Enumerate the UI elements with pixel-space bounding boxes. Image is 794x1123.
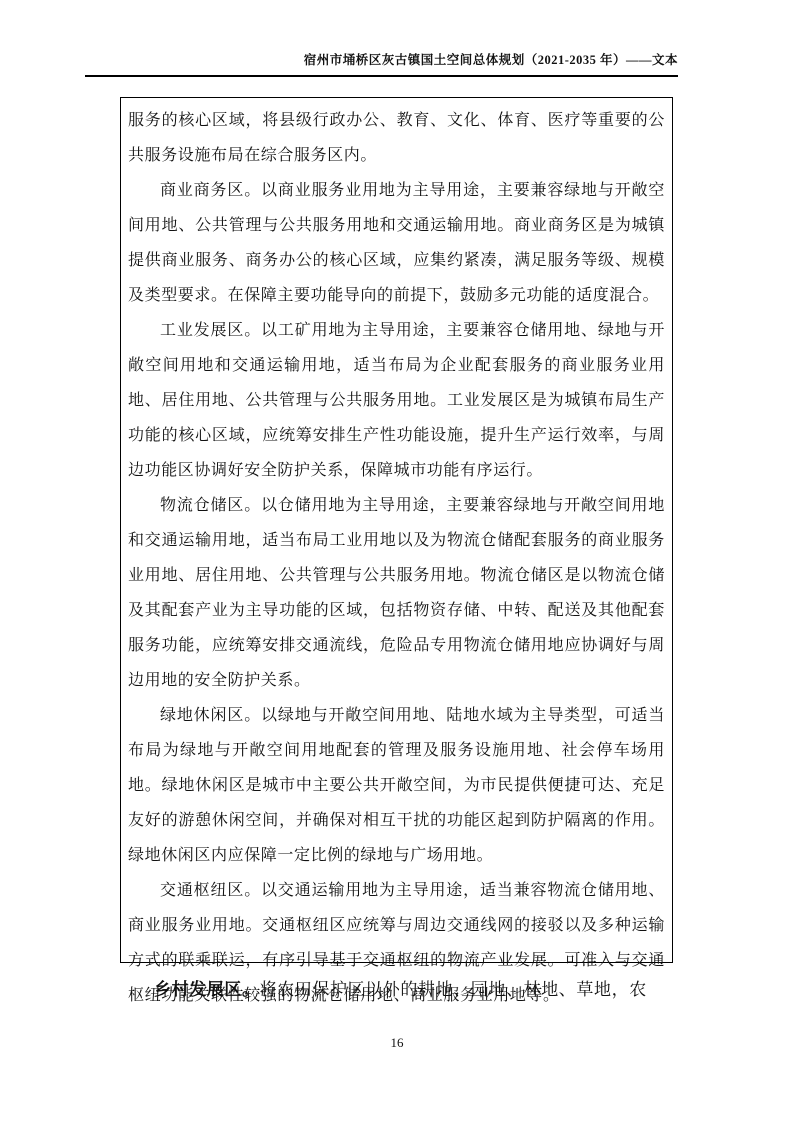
paragraph-logistics-storage-zone: 物流仓储区。以仓储用地为主导用途，主要兼容绿地与开敞空间用地和交通运输用地，适当… — [128, 488, 665, 698]
rural-zone-lead: 乡村发展区。 — [154, 980, 260, 999]
paragraph-green-leisure-zone: 绿地休闲区。以绿地与开敞空间用地、陆地水域为主导类型，可适当布局为绿地与开敞空间… — [128, 698, 665, 873]
document-page: { "header": { "title": "宿州市埇桥区灰古镇国土空间总体规… — [0, 0, 794, 1123]
content-box: 服务的核心区域，将县级行政办公、教育、文化、体育、医疗等重要的公共服务设施布局在… — [120, 97, 673, 963]
paragraph-continuation: 服务的核心区域，将县级行政办公、教育、文化、体育、医疗等重要的公共服务设施布局在… — [128, 103, 665, 173]
rural-zone-text: 将农田保护区以外的耕地、园地、林地、草地，农 — [260, 980, 647, 999]
header-title: 宿州市埇桥区灰古镇国土空间总体规划（2021-2035 年）——文本 — [304, 53, 678, 67]
paragraph-commercial-business-zone: 商业商务区。以商业服务业用地为主导用途，主要兼容绿地与开敞空间用地、公共管理与公… — [128, 173, 665, 313]
paragraph-rural-development-zone: 乡村发展区。将农田保护区以外的耕地、园地、林地、草地，农 — [120, 972, 673, 1007]
page-header: 宿州市埇桥区灰古镇国土空间总体规划（2021-2035 年）——文本 — [85, 50, 678, 77]
paragraph-industrial-development-zone: 工业发展区。以工矿用地为主导用途，主要兼容仓储用地、绿地与开敞空间用地和交通运输… — [128, 313, 665, 488]
page-number: 16 — [391, 1035, 404, 1050]
page-footer: 16 — [0, 1035, 794, 1051]
